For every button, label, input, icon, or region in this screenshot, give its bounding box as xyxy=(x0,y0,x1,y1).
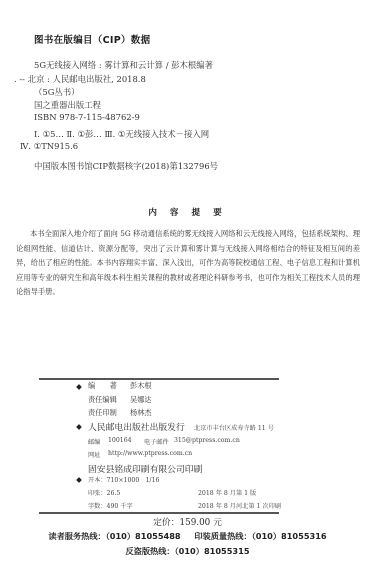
bullet-diamond-icon xyxy=(76,424,82,430)
print-house: 固安县铭成印刷有限公司印刷 xyxy=(88,462,202,475)
postcode-label: 邮编 xyxy=(88,437,100,446)
publisher-address: 北京市丰台区成寿寺路 11 号 xyxy=(194,423,274,432)
cip-classification-line-1: Ⅰ. ①5… Ⅱ. ①彭… Ⅲ. ①无线接入技术－接入网 xyxy=(34,128,209,140)
anti-piracy-hotline: 反盗版热线：（010）81055315 xyxy=(0,546,375,557)
editor-label: 责任编辑 xyxy=(88,395,117,405)
book-format: 开本：710×1000 1/16 xyxy=(88,475,159,484)
website-value: http://www.ptpress.com.cn xyxy=(108,450,192,457)
printing-date: 2018 年 8 月河北第 1 次印刷 xyxy=(198,501,281,510)
summary-body: 本书全面深入地介绍了面向 5G 移动通信系统的雾无线接入网络和云无线接入网络，包… xyxy=(16,227,360,300)
hotlines-row: 读者服务热线：（010）81055488 印装质量热线：（010）8105531… xyxy=(0,531,375,542)
edition-date: 2018 年 8 月第 1 版 xyxy=(198,488,256,497)
editor-name: 吴娜达 xyxy=(130,395,152,405)
cip-publisher-line: . -- 北京 : 人民邮电出版社, 2018.8 xyxy=(14,73,146,85)
author-name: 彭木根 xyxy=(130,381,152,391)
email-label: 电子邮件 xyxy=(144,437,169,446)
bottom-rule xyxy=(39,512,279,514)
cip-approval-number: 中国版本图书馆CIP数据核字(2018)第132796号 xyxy=(34,160,218,172)
website-label: 网址 xyxy=(88,450,100,459)
printer-name: 杨林杰 xyxy=(130,408,152,418)
printer-label: 责任印制 xyxy=(88,408,117,418)
reader-service-hotline: 读者服务热线：（010）81055488 xyxy=(48,531,180,541)
bullet-diamond-icon xyxy=(76,477,82,483)
email-value: 315@ptpress.com.cn xyxy=(174,437,240,444)
cip-project-line: 国之重器出版工程 xyxy=(34,99,101,111)
bullet-diamond-icon xyxy=(76,384,82,390)
word-count: 字数：490 千字 xyxy=(88,501,133,510)
price: 定价：159.00 元 xyxy=(0,515,375,528)
cip-title-line: 5G无线接入网络 : 雾计算和云计算 / 彭木根编著 xyxy=(34,59,213,71)
printed-sheets: 印张：26.5 xyxy=(88,488,120,497)
print-quality-hotline: 印装质量热线：（010）81055316 xyxy=(194,531,326,541)
postcode-value: 100164 xyxy=(108,437,132,444)
cip-isbn-line: ISBN 978-7-115-48762-9 xyxy=(34,112,140,122)
cip-classification-line-2: Ⅳ. ①TN915.6 xyxy=(20,141,78,151)
top-rule xyxy=(39,378,279,380)
summary-title: 内 容 提 要 xyxy=(0,206,375,218)
cip-series-line: （5G丛书） xyxy=(34,86,80,98)
cip-heading: 图书在版编目（CIP）数据 xyxy=(34,32,150,46)
publisher-name: 人民邮电出版社出版发行 xyxy=(88,420,185,433)
author-label: 编 著 xyxy=(88,381,117,391)
